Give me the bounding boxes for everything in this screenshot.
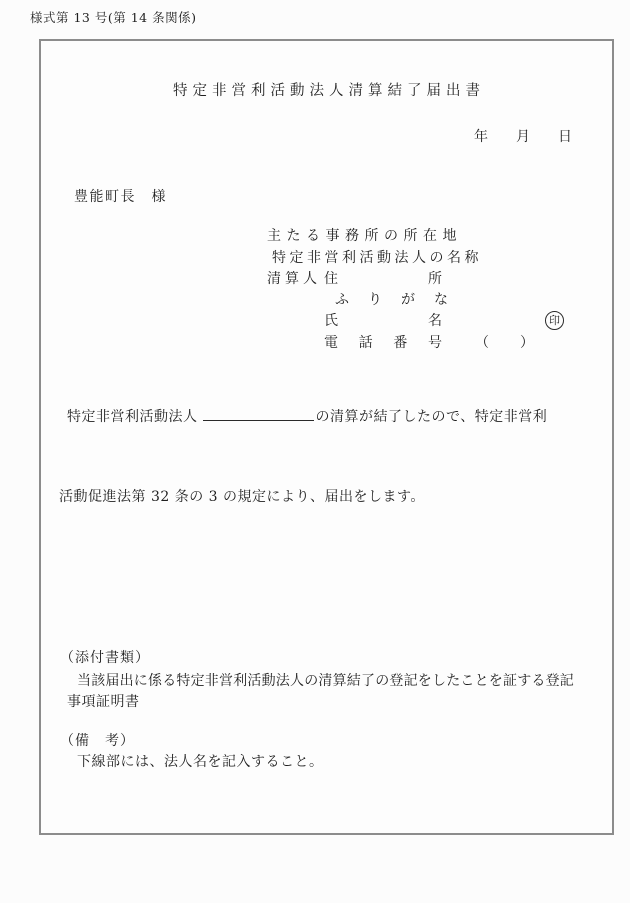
attachments-line-1: 当該届出に係る特定非営利活動法人の清算結了の登記をしたことを証する登記 [77, 674, 574, 688]
body-line1-suffix: の清算が結了したので、特定非営利 [316, 409, 548, 425]
corporation-name-label: 特定非営利活動法人の名称 [272, 251, 482, 265]
attachments-heading: （添付書類） [60, 651, 150, 665]
form-title: 特定非営利活動法人清算結了届出書 [41, 84, 612, 99]
address-label: 住所 [324, 272, 442, 286]
liquidator-label: 清算人 [267, 272, 321, 286]
form-number: 様式第 13 号(第 14 条関係) [30, 12, 196, 25]
date-line: 年 月 日 [474, 130, 572, 144]
phone-label: 電話番号 [324, 336, 442, 350]
form-box: 特定非営利活動法人清算結了届出書 年 月 日 豊能町長 様 主たる事務所の所在地… [39, 39, 614, 835]
office-address-label: 主たる事務所の所在地 [267, 229, 462, 243]
body-line-2: 活動促進法第 32 条の 3 の規定により、届出をします。 [59, 490, 425, 504]
body-line-1: 特定非営利活動法人の清算が結了したので、特定非営利 [67, 410, 547, 424]
remarks-line-1: 下線部には、法人名を記入すること。 [77, 755, 324, 769]
attachments-line-2: 事項証明書 [67, 695, 140, 709]
addressee: 豊能町長 様 [74, 190, 167, 204]
seal-mark: 印 [545, 311, 564, 330]
remarks-heading: （備 考） [60, 734, 135, 748]
corporation-name-blank-field [203, 418, 314, 421]
body-line1-prefix: 特定非営利活動法人 [67, 409, 198, 425]
phone-parentheses: （ ） [475, 336, 535, 350]
furigana-label: ふりがな [335, 293, 448, 307]
name-label: 氏名 [324, 314, 442, 328]
